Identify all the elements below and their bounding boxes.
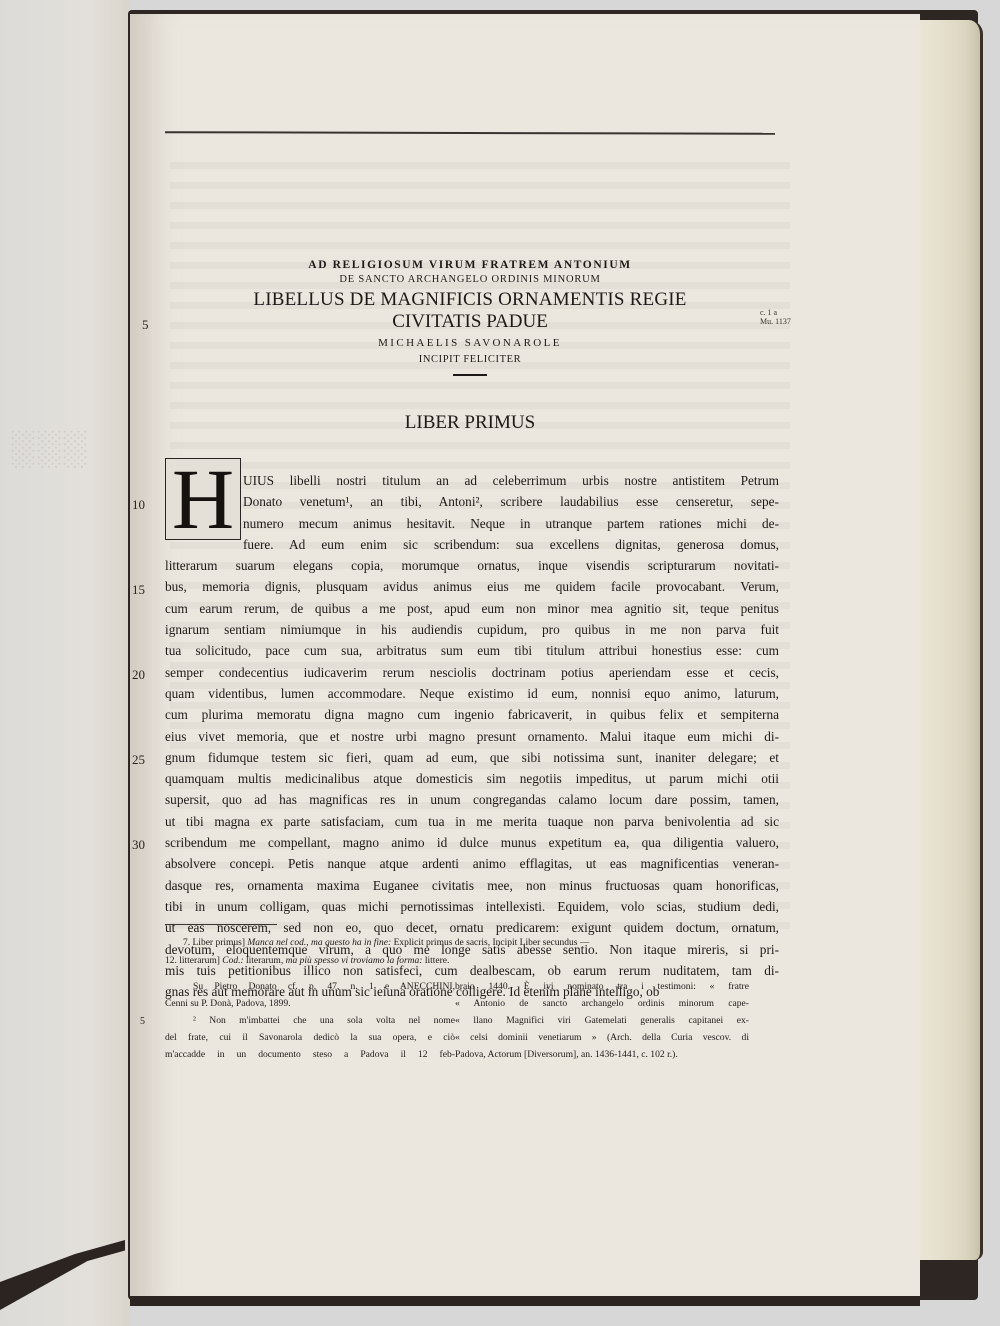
footnote-line: Su Pietro Donato cf. p. 47, n. 1 e ANECC… — [165, 978, 455, 995]
shelfmark-annotation: c. 1 a Mu. 1137 — [760, 308, 791, 326]
left-page-bleed-text: ░░░ — [10, 430, 88, 468]
margin-line-number: 5 — [140, 1016, 145, 1027]
text-line: UIUS libelli nostri titulum an ad celebe… — [165, 470, 779, 491]
footnote-line: « llano Magnifici viri Gatemelati genera… — [455, 1012, 749, 1029]
text-line: scribendum me compellant, magno animo id… — [165, 832, 779, 853]
text-line: quam videntibus, lumen accommodare. Nequ… — [165, 683, 779, 704]
short-rule — [453, 374, 487, 376]
text-line: absolvere concepi. Petis nanque atque ar… — [165, 853, 779, 874]
dedication-line-1: AD RELIGIOSUM VIRUM FRATREM ANTONIUM — [170, 257, 770, 273]
footnote-line: Padova, Actorum [Diversorum], an. 1436-1… — [455, 1046, 749, 1063]
apparatus-line-1: 7. Liber primus] Manca nel cod., ma ques… — [165, 934, 777, 952]
title-line-2: CIVITATIS PADUE — [170, 311, 770, 333]
text-line: dasque res, ornamenta maxima Euganee civ… — [165, 875, 779, 896]
text-line: cum earum rerum, de quibus a me post, ap… — [165, 598, 779, 619]
text-line: supersit, quo ad has magnificas res in u… — [165, 789, 779, 810]
footnote-line: Cenni su P. Donà, Padova, 1899. — [165, 995, 455, 1012]
apparatus-line-2: 12. litterarum] Cod.: literarum, ma più … — [165, 952, 777, 970]
margin-line-number: 5 — [142, 317, 149, 333]
top-rule — [165, 131, 775, 135]
footnote-line: ² Non m'imbattei che una sola volta nel … — [165, 1012, 455, 1029]
title-block: AD RELIGIOSUM VIRUM FRATREM ANTONIUM DE … — [170, 257, 770, 376]
text-line: litterarum suarum elegans copia, morumqu… — [165, 555, 779, 576]
shelfmark-line-1: c. 1 a — [760, 308, 791, 317]
footnote-line: del frate, cui il Savonarola dedicò la s… — [165, 1029, 455, 1046]
text-line: cum plurima memoratu digna magno cum ing… — [165, 704, 779, 725]
incipit-line: INCIPIT FELICITER — [170, 352, 770, 368]
text-line: ut tibi magna ex parte satisfaciam, cum … — [165, 811, 779, 832]
text-line: Donato venetum¹, an tibi, Antoni², scrib… — [165, 491, 779, 512]
text-line: bus, memoria dignis, plusquam avidus ani… — [165, 576, 779, 597]
book-page: AD RELIGIOSUM VIRUM FRATREM ANTONIUM DE … — [130, 14, 920, 1306]
margin-line-number: 30 — [132, 837, 145, 853]
left-facing-page: ░░░ — [0, 0, 130, 1326]
footnote-rule — [165, 924, 277, 925]
section-heading: LIBER PRIMUS — [170, 412, 770, 434]
margin-line-number: 20 — [132, 667, 145, 683]
footnote-line: « celsi dominii venetiarum » (Arch. dell… — [455, 1029, 749, 1046]
footnote-line: « Antonio de sancto archangelo ordinis m… — [455, 995, 749, 1012]
footnote-line: m'accadde in un documento steso a Padova… — [165, 1046, 455, 1063]
footnote-line: braio 1440. È ivi nominato tra i testimo… — [455, 978, 749, 995]
title-line-1: LIBELLUS DE MAGNIFICIS ORNAMENTIS REGIE — [170, 289, 770, 311]
text-line: ignarum sentiam nimiumque in his audiend… — [165, 619, 779, 640]
shelfmark-line-2: Mu. 1137 — [760, 317, 791, 326]
text-line: semper condecentius iudicaverim rerum ne… — [165, 662, 779, 683]
text-line: numero mecum animus hesitavit. Neque in … — [165, 513, 779, 534]
footnotes-left-column: Su Pietro Donato cf. p. 47, n. 1 e ANECC… — [165, 978, 455, 1063]
text-line: quamquam multis medicinalibus atque dome… — [165, 768, 779, 789]
margin-line-number: 15 — [132, 582, 145, 598]
footnotes-right-column: braio 1440. È ivi nominato tra i testimo… — [455, 978, 749, 1063]
margin-line-number: 10 — [132, 497, 145, 513]
text-line: tua solicitudo, pace cum sua, arbitratus… — [165, 640, 779, 661]
text-line: tibi in unum colligam, quas michi pernot… — [165, 896, 779, 917]
margin-line-number: 25 — [132, 752, 145, 768]
dedication-line-2: DE SANCTO ARCHANGELO ORDINIS MINORUM — [170, 273, 770, 287]
body-text: UIUS libelli nostri titulum an ad celebe… — [165, 470, 779, 1002]
text-line: eius vivet memoria, que et nostre urbi m… — [165, 726, 779, 747]
author-line: MICHAELIS SAVONAROLE — [170, 334, 770, 352]
critical-apparatus: 7. Liber primus] Manca nel cod., ma ques… — [165, 934, 777, 970]
text-line: gnum fidumque testem sic fieri, quam ad … — [165, 747, 779, 768]
text-line: fuere. Ad eum enim sic scribendum: sua e… — [165, 534, 779, 555]
